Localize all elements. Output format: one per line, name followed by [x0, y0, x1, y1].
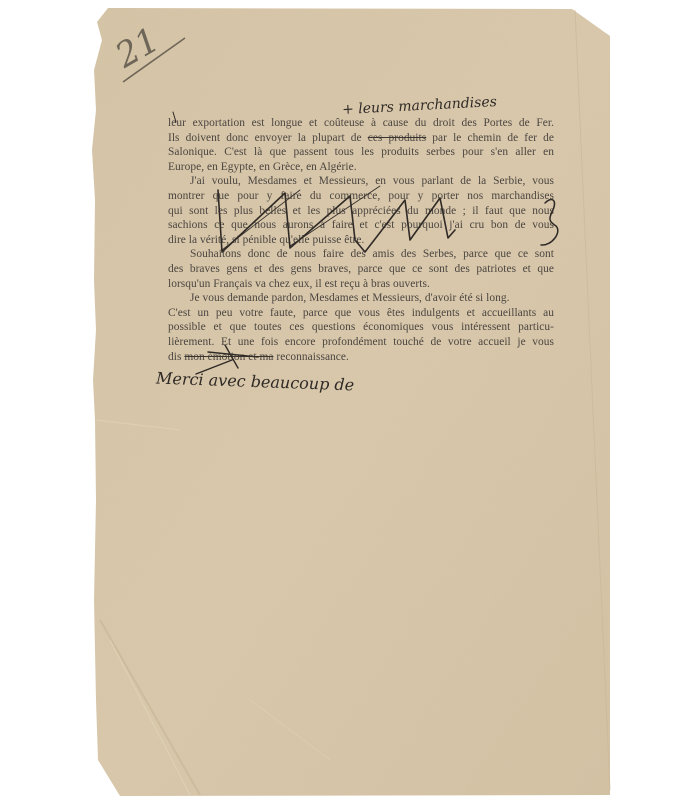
text-line: possible et que toutes ces questions éco… — [168, 320, 554, 335]
text-line: dis mon émotion et ma reconnaissance. — [168, 350, 554, 365]
text-line: dire la vérité, si pénible qu'elle puiss… — [168, 233, 554, 248]
struck-text: ces produits — [368, 132, 427, 144]
struck-text: mon émotion et ma — [184, 351, 273, 363]
text-line: lièrement. Et une fois encore profondéme… — [168, 335, 554, 350]
text-line: Ils doivent donc envoyer la plupart de c… — [168, 131, 554, 146]
text-line: lorsqu'un Français va chez eux, il est r… — [168, 277, 554, 292]
text-line: J'ai voulu, Mesdames et Messieurs, en vo… — [168, 174, 554, 189]
text-line: qui sont les plus belles et les plus app… — [168, 204, 554, 219]
text-line: Souhaitons donc de nous faire des amis d… — [168, 247, 554, 262]
document-page: 21 + leurs marchandises leur exportation… — [0, 0, 700, 800]
text-line: leur exportation est longue et coûteuse … — [168, 116, 554, 131]
text-line: sachions ce que nous aurons à faire et c… — [168, 218, 554, 233]
text-line: C'est un peu votre faute, parce que vous… — [168, 306, 554, 321]
text-line: Salonique. C'est là que passent tous les… — [168, 145, 554, 160]
printed-text-block: leur exportation est longue et coûteuse … — [168, 116, 554, 364]
text-line: Europe, en Egypte, en Grèce, en Algérie. — [168, 160, 554, 175]
text-line: Je vous demande pardon, Mesdames et Mess… — [168, 291, 554, 306]
text-line: montrer que pour y faire du commerce, po… — [168, 189, 554, 204]
text-line: des braves gens et des gens braves, parc… — [168, 262, 554, 277]
